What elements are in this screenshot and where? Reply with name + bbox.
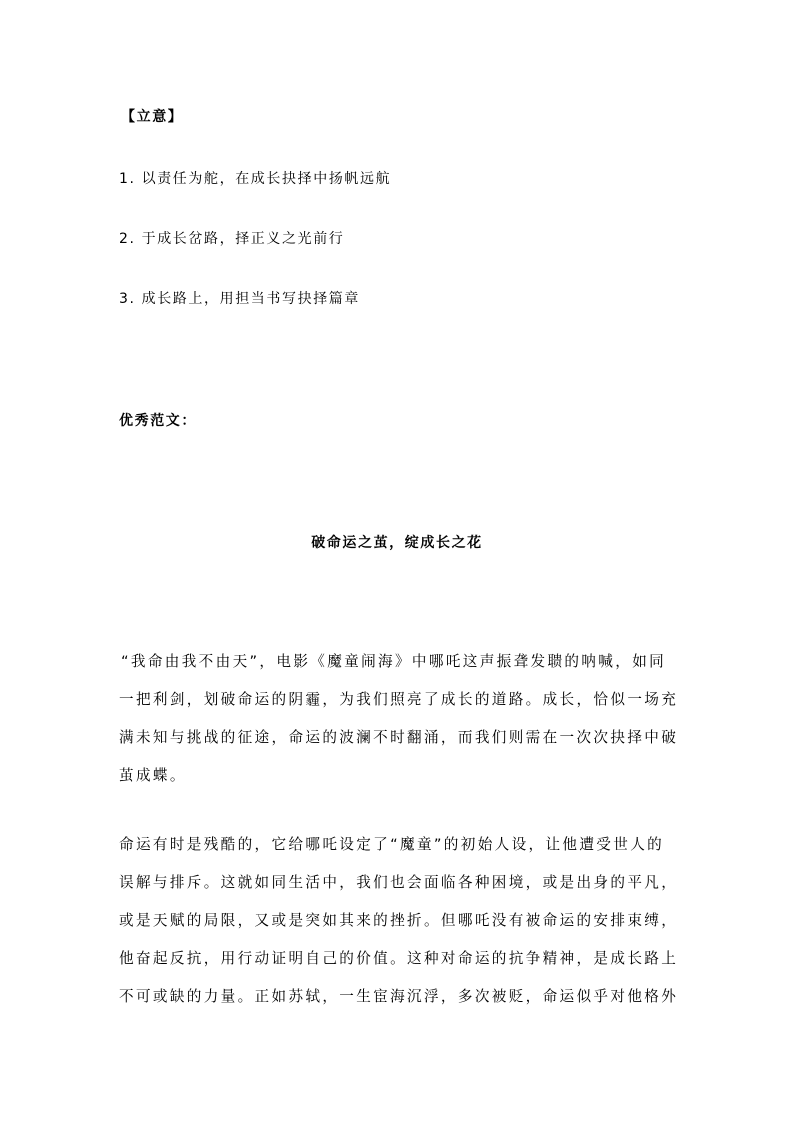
paragraph-line: 他奋起反抗，用行动证明自己的价值。这种对命运的抗争精神，是成长路上 — [119, 950, 679, 968]
paragraph-line: 或是天赋的局限，又或是突如其来的挫折。但哪吒没有被命运的安排束缚， — [119, 912, 679, 930]
paragraph-line: 茧成蝶。 — [119, 767, 679, 785]
theme-item-3: 3. 成长路上，用担当书写抉择篇章 — [119, 290, 360, 308]
sample-essay-label: 优秀范文： — [119, 412, 197, 430]
paragraph-line: 满未知与挑战的征途，命运的波澜不时翻涌，而我们则需在一次次抉择中破 — [119, 729, 679, 747]
paragraph-line: 一把利剑，划破命运的阴霾，为我们照亮了成长的道路。成长，恰似一场充 — [119, 691, 679, 709]
paragraph-line: 误解与排斥。这就如同生活中，我们也会面临各种困境，或是出身的平凡， — [119, 874, 679, 892]
section-heading: 【立意】 — [121, 108, 183, 126]
document-page: 【立意】 1. 以责任为舵，在成长抉择中扬帆远航 2. 于成长岔路，择正义之光前… — [0, 0, 794, 1123]
theme-item-2: 2. 于成长岔路，择正义之光前行 — [119, 230, 344, 248]
theme-item-1: 1. 以责任为舵，在成长抉择中扬帆远航 — [119, 170, 391, 188]
paragraph-line: 命运有时是残酷的，它给哪吒设定了“魔童”的初始人设，让他遭受世人的 — [119, 836, 679, 854]
paragraph-line: 不可或缺的力量。正如苏轼，一生宦海沉浮，多次被贬，命运似乎对他格外 — [119, 988, 679, 1006]
essay-title: 破命运之茧，绽成长之花 — [0, 532, 794, 552]
paragraph-line: “我命由我不由天”，电影《魔童闹海》中哪吒这声振聋发聩的呐喊，如同 — [121, 653, 681, 671]
